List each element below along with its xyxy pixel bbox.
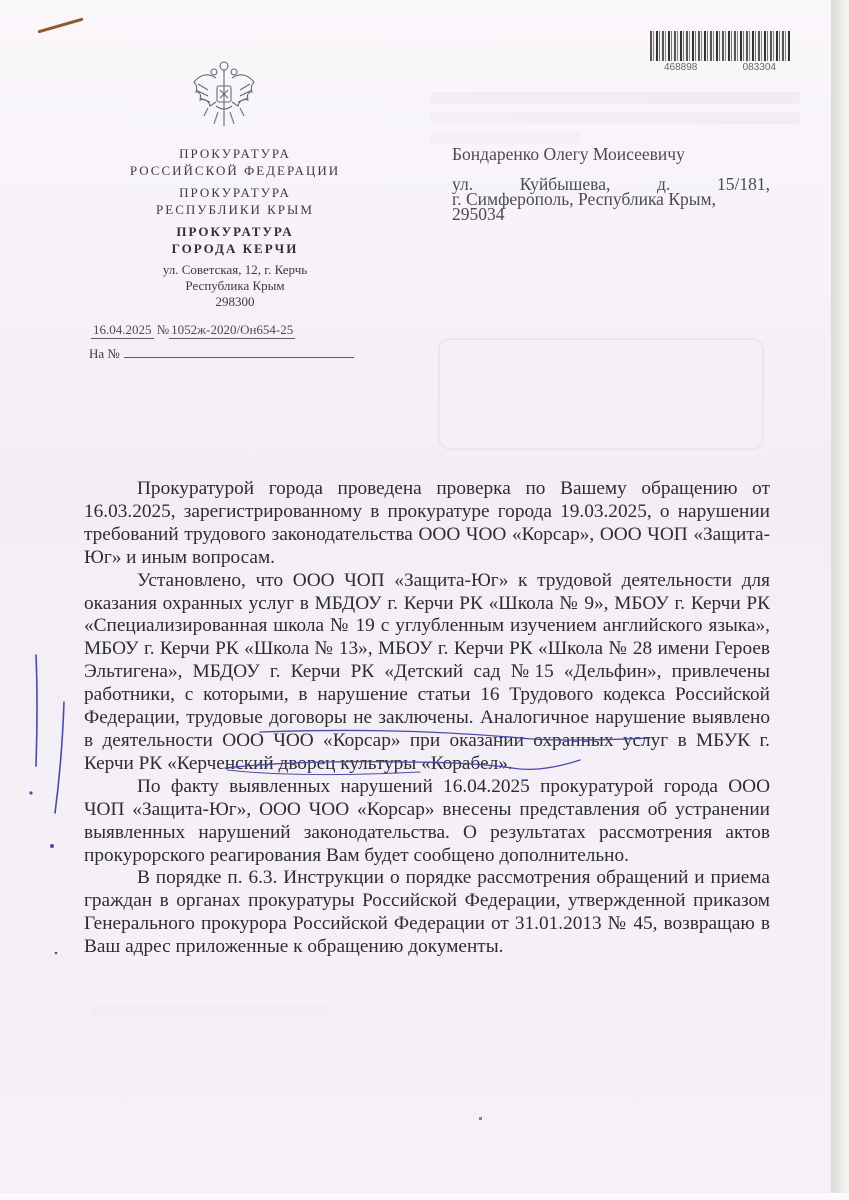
- handwritten-pen-marks: [0, 0, 849, 1200]
